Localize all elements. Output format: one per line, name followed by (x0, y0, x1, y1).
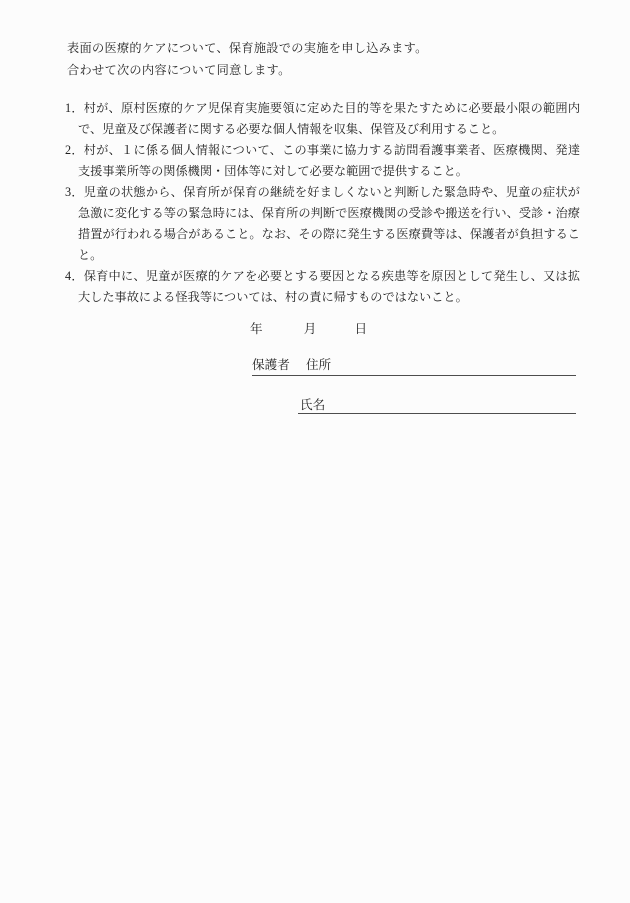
term-item-3: 3．児童の状態から、保育所が保育の継続を好ましくないと判断した緊急時や、児童の症… (65, 182, 580, 266)
guardian-name-field-line: 氏名 (298, 398, 576, 414)
name-label: 氏名 (300, 398, 325, 412)
intro-line-consent: 合わせて次の内容について同意します。 (67, 59, 587, 81)
term-item-1: 1．村が、原村医療的ケア児保育実施要領に定めた目的等を果たすために必要最小限の範… (65, 98, 580, 140)
date-day-label: 日 (355, 322, 368, 336)
guardian-label: 保護者 (252, 358, 290, 372)
intro-paragraph: 表面の医療的ケアについて、保育施設での実施を申し込みます。 合わせて次の内容につ… (67, 37, 587, 81)
address-label: 住所 (306, 358, 331, 372)
term-number-3: 3． (65, 185, 84, 199)
term-item-2: 2．村が、１に係る個人情報について、この事業に協力する訪問看護事業者、医療機関、… (65, 140, 580, 182)
term-item-4: 4．保育中に、児童が医療的ケアを必要とする要因となる疾患等を原因として発生し、又… (65, 266, 580, 308)
consent-terms-list: 1．村が、原村医療的ケア児保育実施要領に定めた目的等を果たすために必要最小限の範… (65, 98, 580, 308)
document-page: 表面の医療的ケアについて、保育施設での実施を申し込みます。 合わせて次の内容につ… (0, 0, 630, 903)
term-text-2: 村が、１に係る個人情報について、この事業に協力する訪問看護事業者、医療機関、発達… (78, 143, 580, 178)
term-text-3: 児童の状態から、保育所が保育の継続を好ましくないと判断した緊急時や、児童の症状が… (78, 185, 580, 262)
guardian-address-field-line: 保護者 住所 (252, 358, 576, 376)
date-year-label: 年 (250, 322, 263, 336)
term-number-2: 2． (65, 143, 84, 157)
date-line: 年 月 日 (250, 321, 367, 337)
date-month-label: 月 (304, 322, 317, 336)
term-text-4: 保育中に、児童が医療的ケアを必要とする要因となる疾患等を原因として発生し、又は拡… (78, 269, 580, 304)
term-number-4: 4． (65, 269, 84, 283)
term-number-1: 1． (65, 101, 84, 115)
term-text-1: 村が、原村医療的ケア児保育実施要領に定めた目的等を果たすために必要最小限の範囲内… (78, 101, 580, 136)
intro-line-application: 表面の医療的ケアについて、保育施設での実施を申し込みます。 (67, 37, 587, 59)
